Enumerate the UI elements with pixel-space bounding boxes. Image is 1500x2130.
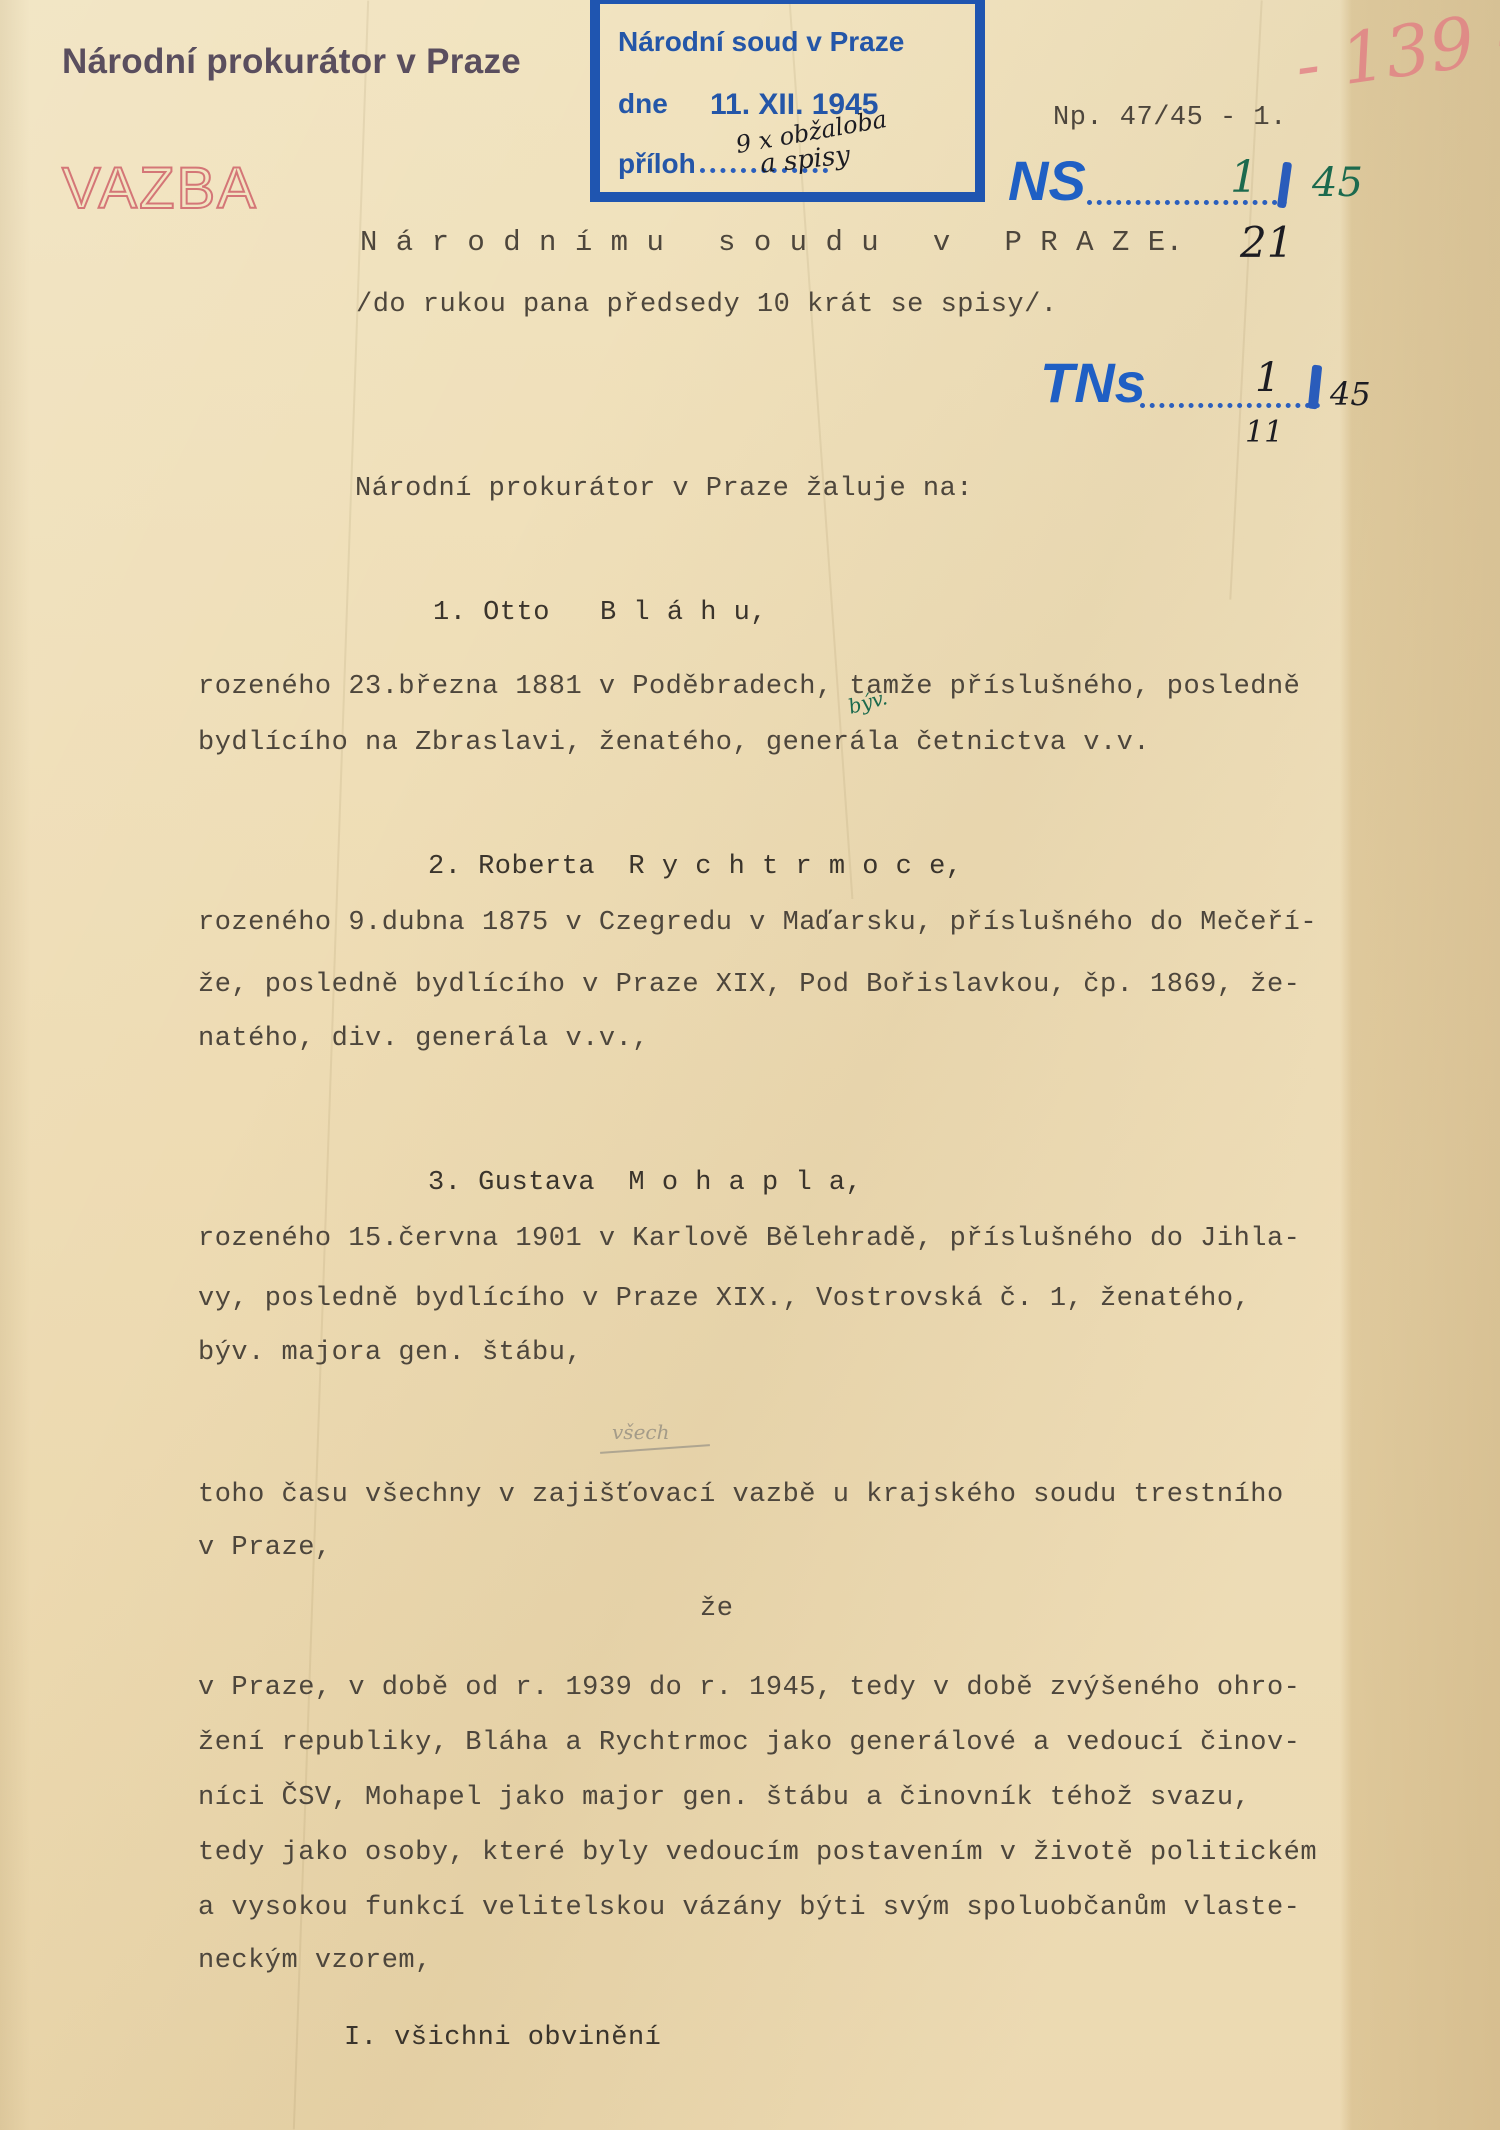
tns-prefix: TNs	[1040, 350, 1146, 415]
ns-number: 1	[1230, 152, 1258, 203]
indictment-intro: Národní prokurátor v Praze žaluje na:	[355, 474, 973, 504]
custody-line: v Praze,	[198, 1533, 332, 1563]
court-stamp-title: Národní soud v Praze	[618, 26, 904, 58]
charge-line: v Praze, v době od r. 1939 do r. 1945, t…	[198, 1673, 1300, 1703]
charge-line: neckým vzorem,	[198, 1946, 432, 1976]
defendant-2-line: že, posledně bydlícího v Praze XIX, Pod …	[198, 970, 1300, 1000]
defendant-2-line: natého, div. generála v.v.,	[198, 1024, 649, 1054]
tns-year: 45	[1330, 375, 1371, 413]
defendant-3-line: býv. majora gen. štábu,	[198, 1338, 582, 1368]
sender-stamp: Národní prokurátor v Praze	[62, 42, 521, 82]
reference-number: Np. 47/45 - 1.	[1053, 103, 1287, 133]
custody-line: toho času všechny v zajišťovací vazbě u …	[198, 1480, 1284, 1510]
court-stamp-attachments-label: příloh	[618, 148, 696, 180]
defendant-1-heading: 1. Otto B l á h u,	[433, 598, 767, 628]
that-conjunction: že	[700, 1594, 733, 1624]
charge-line: tedy jako osoby, které byly vedoucím pos…	[198, 1838, 1317, 1868]
charge-line: níci ČSV, Mohapel jako major gen. štábu …	[198, 1783, 1250, 1813]
defendant-2-heading: 2. Roberta R y c h t r m o c e,	[428, 852, 962, 882]
defendant-1-line: bydlícího na Zbraslavi, ženatého, generá…	[198, 728, 1150, 758]
point-one: I. všichni obvinění	[344, 2023, 661, 2053]
ns-prefix: NS	[1008, 148, 1086, 213]
tns-dotted-line	[1140, 403, 1320, 408]
pencil-note: všech	[612, 1420, 669, 1444]
tns-sub: 11	[1245, 415, 1283, 450]
tns-number: 1	[1255, 355, 1280, 401]
defendant-2-line: rozeného 9.dubna 1875 v Czegredu v Maďar…	[198, 908, 1317, 938]
court-stamp-date-label: dne	[618, 88, 668, 120]
defendant-3-heading: 3. Gustava M o h a p l a,	[428, 1168, 862, 1198]
defendant-3-line: vy, posledně bydlícího v Praze XIX., Vos…	[198, 1284, 1250, 1314]
defendant-1-line: rozeného 23.března 1881 v Poděbradech, t…	[198, 672, 1300, 702]
handwritten-21: 21	[1240, 218, 1293, 267]
ns-year: 45	[1312, 160, 1363, 206]
addressee-instruction: /do rukou pana předsedy 10 krát se spisy…	[356, 290, 1058, 320]
charge-line: a vysokou funkcí velitelskou vázány býti…	[198, 1893, 1300, 1923]
charge-line: žení republiky, Bláha a Rychtrmoc jako g…	[198, 1728, 1300, 1758]
addressee-court: N á r o d n í m u s o u d u v P R A Z E.	[360, 226, 1184, 259]
defendant-3-line: rozeného 15.června 1901 v Karlově Bělehr…	[198, 1224, 1300, 1254]
custody-stamp: VAZBA	[62, 155, 258, 222]
